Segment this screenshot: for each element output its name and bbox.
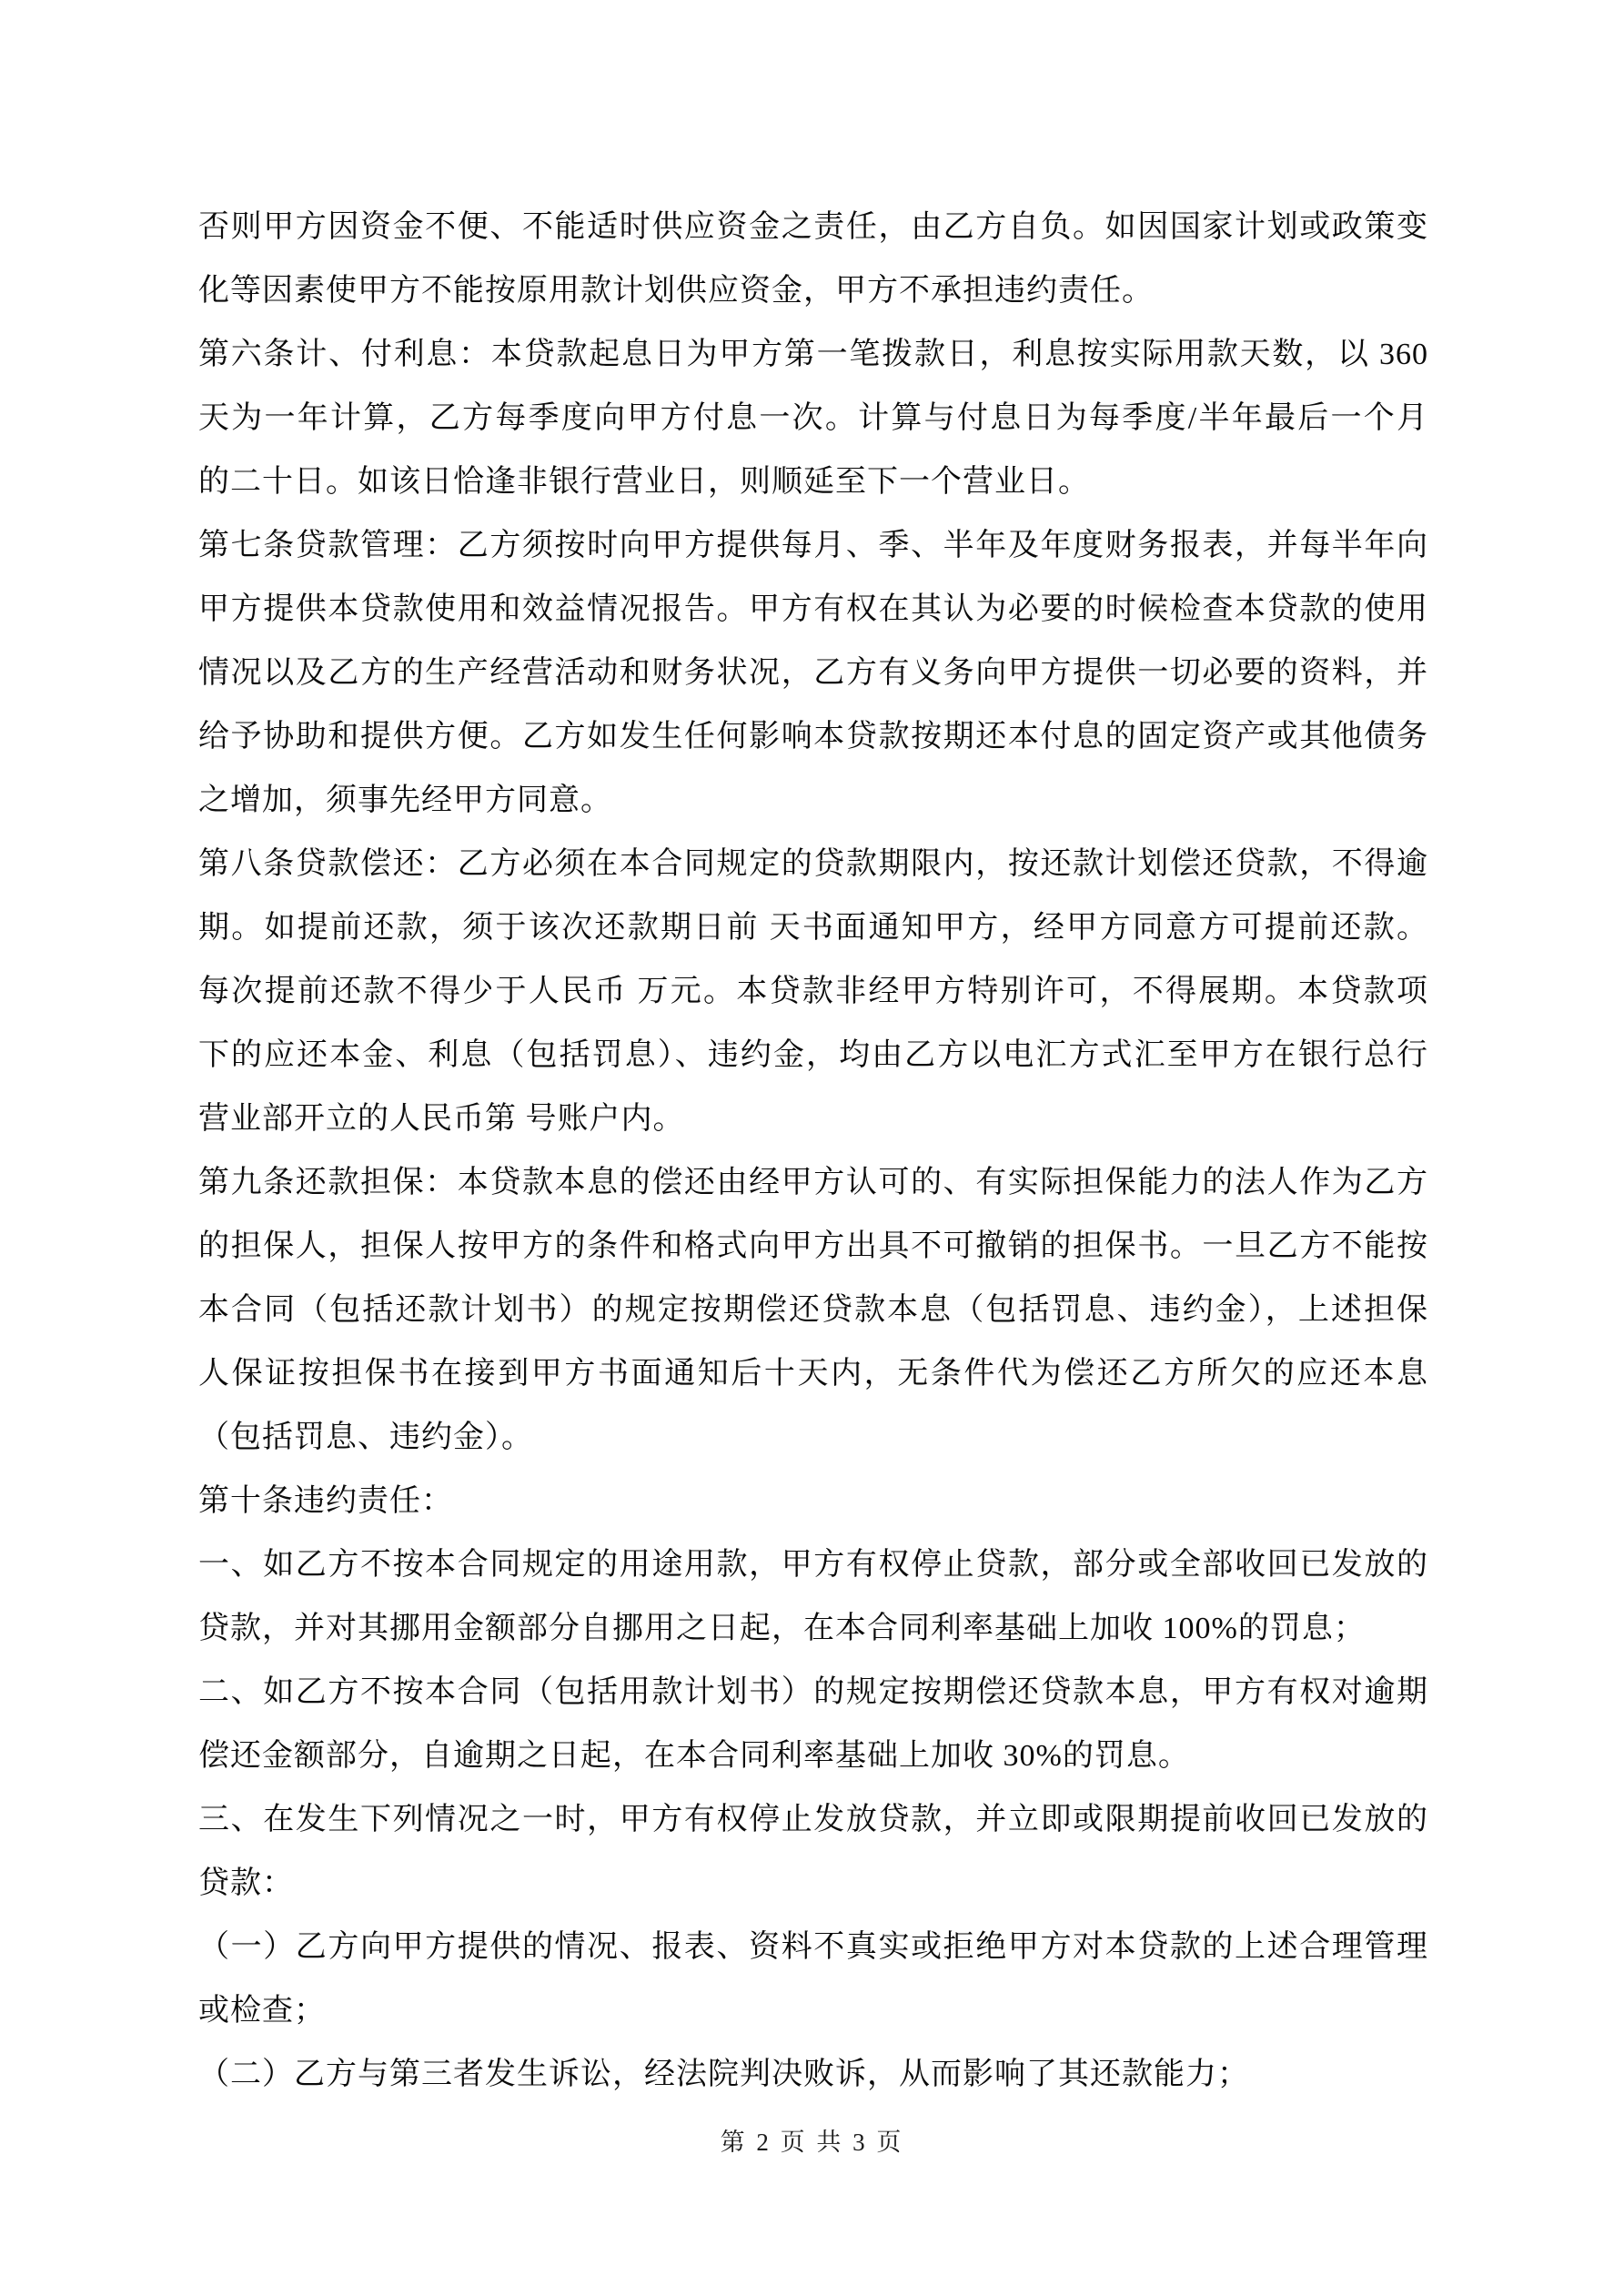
- document-line: 人保证按担保书在接到甲方书面通知后十天内，无条件代为偿还乙方所欠的应还本息: [198, 1342, 1428, 1406]
- document-line: 本合同（包括还款计划书）的规定按期偿还贷款本息（包括罚息、违约金），上述担保: [198, 1279, 1428, 1342]
- document-line: 甲方提供本贷款使用和效益情况报告。甲方有权在其认为必要的时候检查本贷款的使用: [198, 578, 1428, 642]
- document-line: 营业部开立的人民币第 号账户内。: [198, 1087, 1428, 1151]
- document-line: 给予协助和提供方便。乙方如发生任何影响本贷款按期还本付息的固定资产或其他债务: [198, 705, 1428, 769]
- document-line: 第九条还款担保：本贷款本息的偿还由经甲方认可的、有实际担保能力的法人作为乙方: [198, 1151, 1428, 1215]
- document-line: 第十条违约责任：: [198, 1470, 1428, 1533]
- document-line: 一、如乙方不按本合同规定的用途用款，甲方有权停止贷款，部分或全部收回已发放的: [198, 1533, 1428, 1597]
- document-line: 偿还金额部分，自逾期之日起，在本合同利率基础上加收 30%的罚息。: [198, 1725, 1428, 1788]
- document-line: （二）乙方与第三者发生诉讼，经法院判决败诉，从而影响了其还款能力；: [198, 2043, 1428, 2107]
- document-line: 每次提前还款不得少于人民币 万元。本贷款非经甲方特别许可，不得展期。本贷款项: [198, 960, 1428, 1024]
- contract-document-page: 否则甲方因资金不便、不能适时供应资金之责任，由乙方自负。如因国家计划或政策变化等…: [0, 0, 1624, 2296]
- document-line: 化等因素使甲方不能按原用款计划供应资金，甲方不承担违约责任。: [198, 259, 1428, 323]
- document-line: （包括罚息、违约金）。: [198, 1406, 1428, 1470]
- document-line: 情况以及乙方的生产经营活动和财务状况，乙方有义务向甲方提供一切必要的资料，并: [198, 642, 1428, 705]
- document-line: 第八条贷款偿还：乙方必须在本合同规定的贷款期限内，按还款计划偿还贷款，不得逾: [198, 833, 1428, 896]
- document-line: （一）乙方向甲方提供的情况、报表、资料不真实或拒绝甲方对本贷款的上述合理管理: [198, 1916, 1428, 1979]
- document-line: 的二十日。如该日恰逢非银行营业日，则顺延至下一个营业日。: [198, 450, 1428, 514]
- document-line: 否则甲方因资金不便、不能适时供应资金之责任，由乙方自负。如因国家计划或政策变: [198, 196, 1428, 259]
- document-line: 二、如乙方不按本合同（包括用款计划书）的规定按期偿还贷款本息，甲方有权对逾期: [198, 1661, 1428, 1725]
- document-line: 第六条计、付利息：本贷款起息日为甲方第一笔拨款日，利息按实际用款天数，以 360: [198, 323, 1428, 387]
- document-line: 贷款，并对其挪用金额部分自挪用之日起，在本合同利率基础上加收 100%的罚息；: [198, 1597, 1428, 1661]
- document-line: 第七条贷款管理：乙方须按时向甲方提供每月、季、半年及年度财务报表，并每半年向: [198, 514, 1428, 578]
- document-line: 天为一年计算，乙方每季度向甲方付息一次。计算与付息日为每季度/半年最后一个月: [198, 387, 1428, 450]
- document-line: 贷款：: [198, 1852, 1428, 1916]
- document-line: 期。如提前还款，须于该次还款期日前 天书面通知甲方，经甲方同意方可提前还款。: [198, 896, 1428, 960]
- document-line: 三、在发生下列情况之一时，甲方有权停止发放贷款，并立即或限期提前收回已发放的: [198, 1788, 1428, 1852]
- document-line: 的担保人，担保人按甲方的条件和格式向甲方出具不可撤销的担保书。一旦乙方不能按: [198, 1215, 1428, 1279]
- document-line: 下的应还本金、利息（包括罚息）、违约金，均由乙方以电汇方式汇至甲方在银行总行: [198, 1024, 1428, 1087]
- page-number-footer: 第 2 页 共 3 页: [0, 2122, 1624, 2162]
- document-line: 之增加，须事先经甲方同意。: [198, 769, 1428, 833]
- contract-body-text: 否则甲方因资金不便、不能适时供应资金之责任，由乙方自负。如因国家计划或政策变化等…: [198, 196, 1428, 2107]
- document-line: 或检查；: [198, 1979, 1428, 2043]
